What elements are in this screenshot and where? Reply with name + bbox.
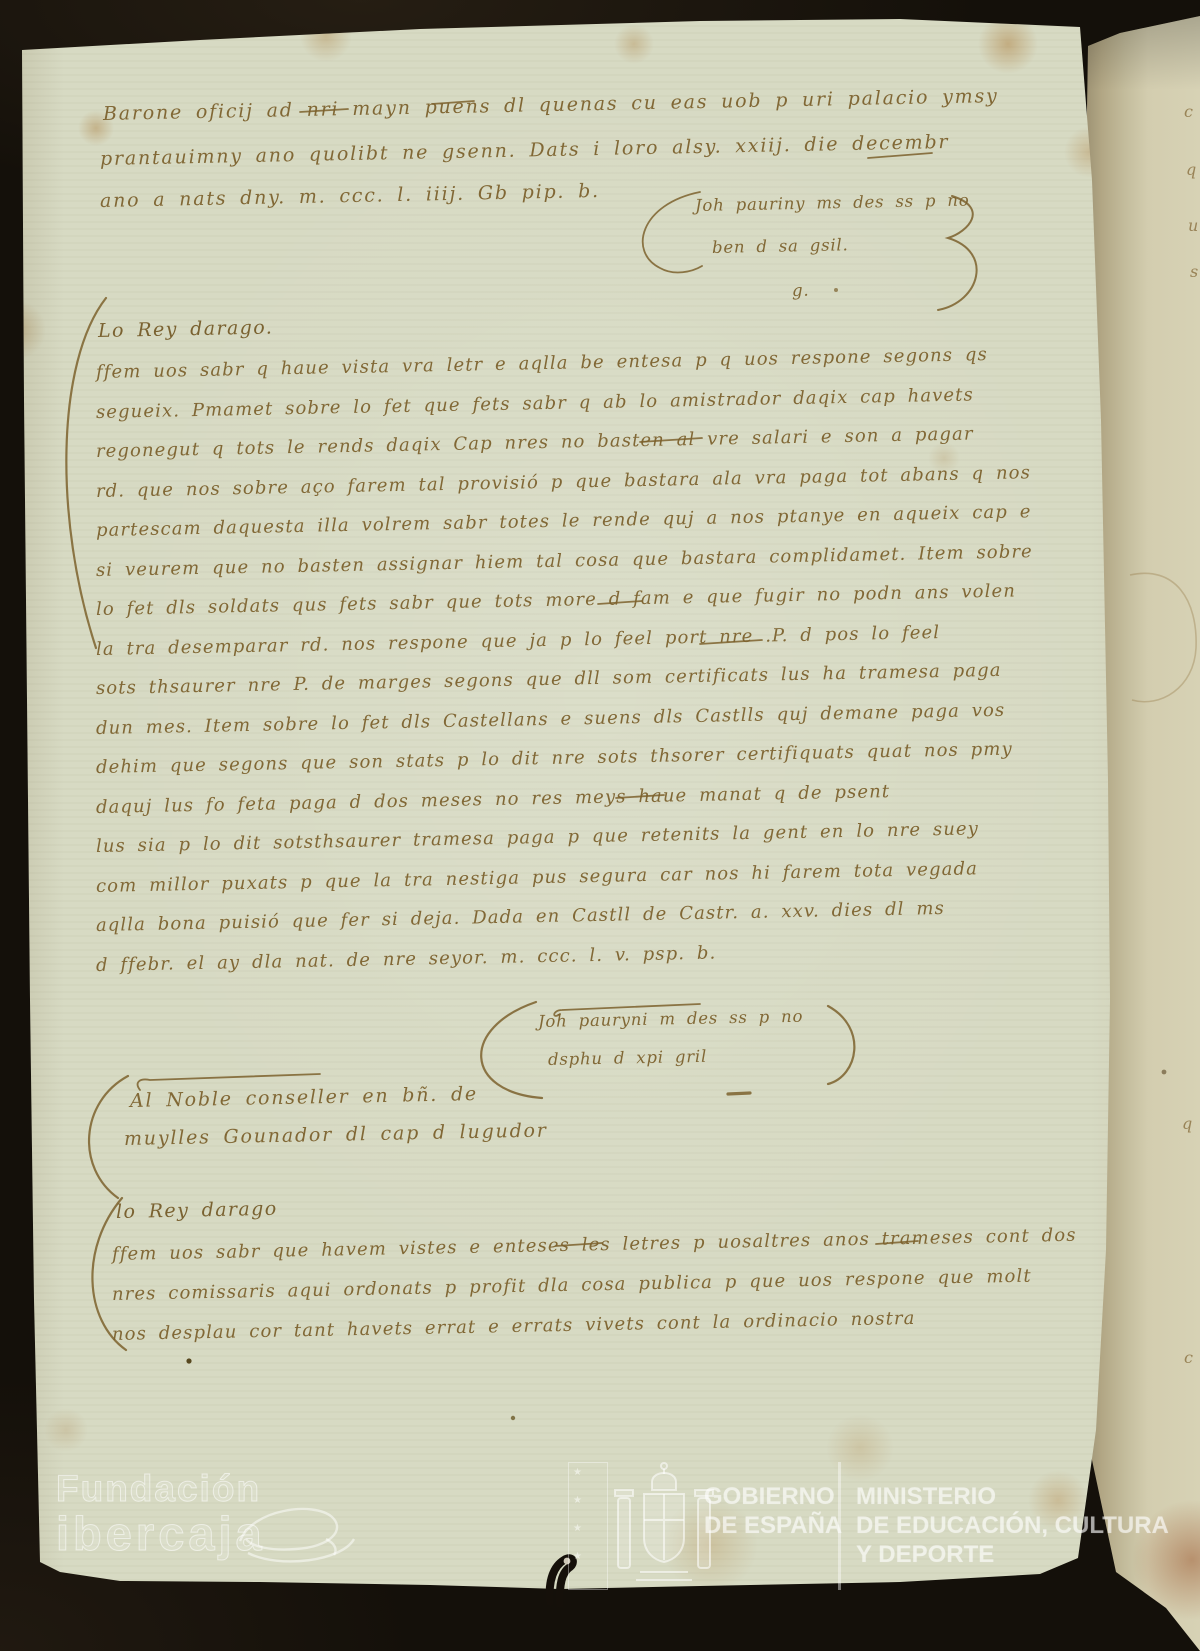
manuscript-line: lus sia p lo dit sotsthsaurer tramesa pa… (96, 820, 979, 856)
chancery-note-mark: g. (792, 283, 810, 300)
edge-fragment: s (1190, 262, 1198, 281)
manuscript-line: rd. que nos sobre aço farem tal provisió… (96, 464, 1031, 501)
chancery-note-line: ben d sa gsil. (712, 237, 849, 256)
edge-fragment: c (1184, 1348, 1193, 1367)
manuscript-line: regonegut q tots le rends daqix Cap nres… (96, 425, 974, 461)
watermark-ministerio-line3: Y DEPORTE (856, 1541, 994, 1569)
watermark-ministerio-line2: DE EDUCACIÓN, CULTURA (856, 1512, 1169, 1540)
edge-fragment: c (1184, 102, 1193, 121)
edge-fragment: u (1188, 216, 1198, 235)
chancery-note-line: dsphu d xpi gril (548, 1049, 707, 1069)
manuscript-line: d ffebr. el ay dla nat. de nre seyor. m.… (96, 945, 717, 975)
manuscript-line: sots thsaurer nre P. de marges segons qu… (96, 662, 1002, 698)
letter-heading: lo Rey darago (116, 1200, 278, 1222)
spain-coat-of-arms-icon (614, 1460, 714, 1592)
manuscript-line: prantauimny ano quolibt ne gsenn. Dats i… (100, 133, 950, 169)
edge-fragment: q (1186, 160, 1196, 179)
address-line: muylles Gounador dl cap d lugudor (124, 1121, 548, 1149)
manuscript-line: ffem uos sabr que havem vistes e enteses… (112, 1227, 1077, 1264)
manuscript-line: partescam daquesta illa volrem sabr tote… (96, 503, 1032, 540)
chancery-note-line: Joh pauriny ms des ss p no (695, 192, 970, 214)
manuscript-line: nos desplau cor tant havets errat e erra… (112, 1310, 916, 1344)
manuscript-line: la tra desemparar rd. nos respone que ja… (96, 624, 940, 659)
manuscript-line: dehim que segons que son stats p lo dit … (96, 741, 1013, 777)
manuscript-line: lo fet dls soldats qus fets sabr que tot… (96, 583, 1016, 619)
manuscript-line: segueix. Pmamet sobre lo fet que fets sa… (96, 386, 974, 422)
manuscript-line: com millor puxats p que la tra nestiga p… (96, 860, 978, 896)
manuscript-line: ffem uos sabr q haue vista vra letr e aq… (96, 346, 988, 382)
ibercaja-logo-icon (230, 1495, 370, 1570)
watermark-gobierno-line2: DE ESPAÑA (704, 1512, 842, 1540)
watermark-ministerio-line1: MINISTERIO (856, 1483, 996, 1511)
manuscript-line: daquj lus fo feta paga d dos meses no re… (96, 783, 891, 817)
chancery-note-line: Joh pauryni m des ss p no (538, 1009, 804, 1031)
manuscript-line: ano a nats dny. m. ccc. l. iiij. Gb pip.… (100, 182, 600, 211)
edge-fragment: q (1182, 1114, 1192, 1133)
letter-heading: Lo Rey darago. (98, 318, 274, 341)
watermark-gobierno-line1: GOBIERNO (704, 1483, 835, 1511)
address-line: Al Noble conseller en bñ. de (130, 1085, 478, 1111)
manuscript-line: nres comissaris aqui ordonats p profit d… (112, 1268, 1032, 1304)
manuscript-line: dun mes. Item sobre lo fet dls Castellan… (96, 702, 1006, 738)
manuscript-page: Barone oficij ad nri mayn puens dl quena… (0, 0, 1200, 1651)
flag-stars-icon: ★★★★ (568, 1462, 608, 1590)
manuscript-line: aqlla bona puisió que fer si deja. Dada … (96, 900, 945, 935)
manuscript-line: Barone oficij ad nri mayn puens dl quena… (103, 87, 999, 124)
manuscript-line: si veurem que no basten assignar hiem ta… (96, 543, 1033, 580)
watermark-divider (838, 1462, 841, 1590)
